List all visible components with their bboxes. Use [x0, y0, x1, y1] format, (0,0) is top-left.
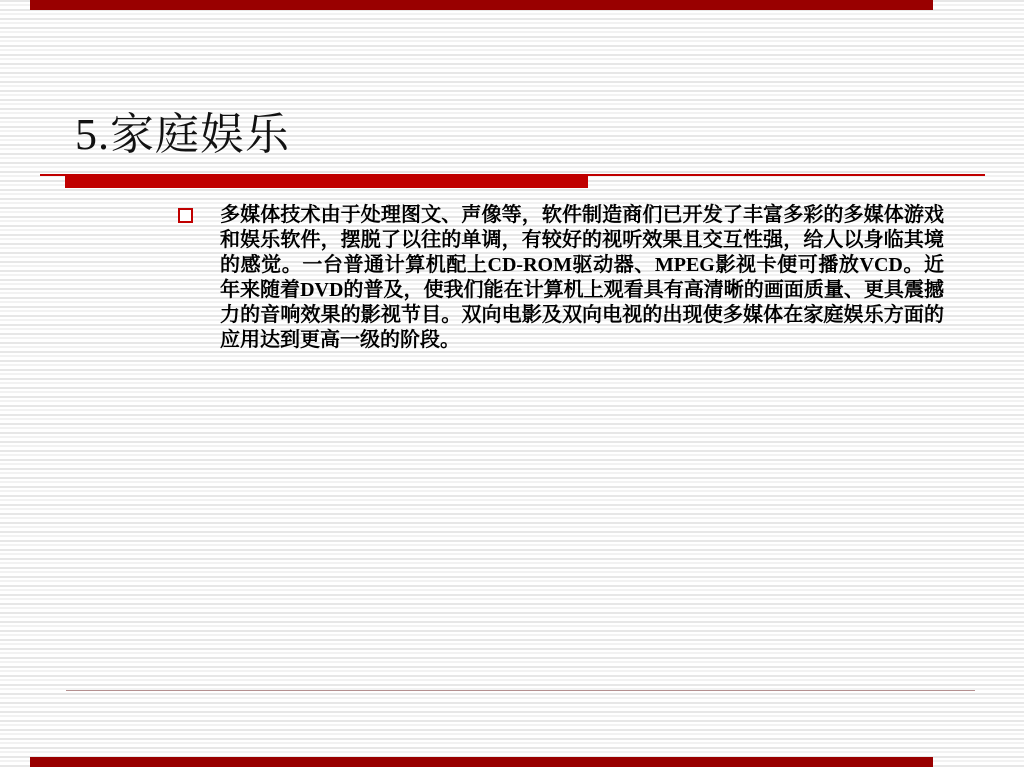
top-frame-bar — [30, 0, 933, 10]
presentation-slide: 5.家庭娱乐 多媒体技术由于处理图文、声像等，软件制造商们已开发了丰富多彩的多媒… — [0, 0, 1024, 768]
title-underline-bar — [65, 176, 588, 188]
bullet-paragraph: 多媒体技术由于处理图文、声像等，软件制造商们已开发了丰富多彩的多媒体游戏和娱乐软… — [220, 203, 944, 353]
bottom-frame-bar — [30, 757, 933, 767]
bullet-square-icon — [178, 208, 193, 223]
bullet-item: 多媒体技术由于处理图文、声像等，软件制造商们已开发了丰富多彩的多媒体游戏和娱乐软… — [178, 203, 944, 353]
slide-title: 5.家庭娱乐 — [75, 110, 290, 160]
footer-divider — [66, 690, 975, 691]
